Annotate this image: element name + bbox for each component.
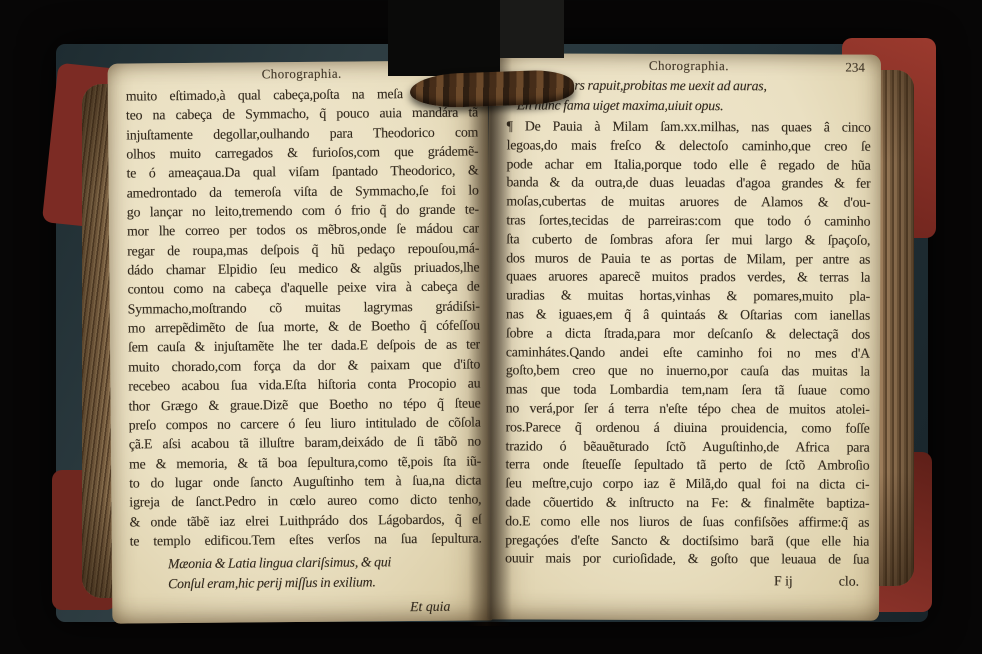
signature-mark: F ij	[774, 573, 793, 589]
text-line: çã.E aſsi acabou tã illuſtre baram,deixá…	[129, 432, 481, 454]
text-line: teo na cabeça de Symmacho, q̃ pouco auia…	[126, 103, 478, 125]
text-line: quaes aruores aparecẽ muitos prados verd…	[506, 268, 870, 288]
verse-line: Conſul eram,hic perij miſſus in exilium.	[168, 571, 482, 593]
text-line: goſto,bem creo que no inuerno,por cauſa …	[506, 362, 870, 382]
text-line: pregaçóes d'eſte Sancto & doctiſsimo bar…	[505, 531, 869, 551]
text-line: caminhátes.Qando andei eſte caminho foi …	[506, 343, 870, 363]
text-line: nas & iguaes,em q̃ â quintaás & Oſtarias…	[506, 305, 870, 325]
text-line: igreja de ſanct.Pedro in cœlo aureo como…	[129, 490, 481, 512]
text-line: moſas,cubertas de muitas aruores de Alam…	[506, 193, 870, 213]
verse-block: Mæonia & Latia lingua clariſsimus, & qui…	[130, 552, 482, 594]
text-line: ouuir mais por curioſidade, & goſto que …	[505, 550, 869, 570]
left-page-text: Chorographia. muito eſtimado,à qual cabe…	[126, 64, 483, 617]
running-header: Chorographia.	[507, 57, 871, 74]
text-line: dos muros de Pauia te as portas de Milam…	[506, 249, 870, 269]
text-line: terra onde ſteueſſe ſepultado tã perto d…	[505, 456, 869, 476]
text-line: ſeu meſtre,cujo corpo iaz ẽ Milã,do qual…	[505, 475, 869, 495]
book-photo: Chorographia. muito eſtimado,à qual cabe…	[0, 0, 982, 654]
text-line: no verá,por ſer á terra n'eſte tépo chea…	[506, 399, 870, 419]
text-line: trazido ó bẽauẽturado ſctõ Auguſtinho,de…	[506, 437, 870, 457]
text-line: mas que toda Lombardia tem,nam ſera tã ſ…	[506, 381, 870, 401]
right-page-text: Chorographia. 234 Et quia mors rapuit,pr…	[505, 57, 871, 589]
text-line: te templo edificou.Tem eſtes verſos na ſ…	[130, 528, 482, 550]
text-line: te ó ameaçaua.Da qual viſam ſpantado The…	[126, 161, 478, 183]
text-line: recebeo acabou ſua vida.Eſta hiſtoria co…	[128, 374, 480, 396]
text-line: banda & da outra,de duas leuadas d'agoa …	[506, 174, 870, 194]
text-line: legoas,do mais freſco & delectoſo caminh…	[507, 136, 871, 156]
text-line: ſta cuberto de ſombras afora ſer mui lar…	[506, 230, 870, 250]
text-line: uradias & muitas hortas,vinhas & pomares…	[506, 287, 870, 307]
text-line: ¶ De Pauia à Milam ſam.xx.milhas, nas qu…	[507, 117, 871, 137]
text-line: pode achar em Italia,porque todo elle ê …	[507, 155, 871, 175]
text-line: ſobre a dicta ſtrada,para mor deſcanſo &…	[506, 324, 870, 344]
text-column: muito eſtimado,à qual cabeça,poſta na me…	[126, 83, 482, 550]
cradle-strap	[500, 0, 564, 58]
text-line: dade cõuertido & inſtructo na Fe: & fina…	[505, 493, 869, 513]
text-line: ros.Parece q̃ ordenou á diuina prouidenc…	[506, 418, 870, 438]
verse-line: En nunc fama uiget maxima,uiuit opus.	[517, 95, 871, 116]
text-line: do.E como elle nos liuros de ſuas confiſ…	[505, 512, 869, 532]
catchword: clo.	[839, 574, 859, 590]
page-number: 234	[845, 60, 865, 76]
text-line: tras ſortes,tecidas de parreiras:com que…	[506, 211, 870, 231]
cradle-strap	[388, 0, 500, 76]
text-column: ¶ De Pauia à Milam ſam.xx.milhas, nas qu…	[505, 117, 871, 569]
catchword: Et quia	[130, 599, 482, 618]
